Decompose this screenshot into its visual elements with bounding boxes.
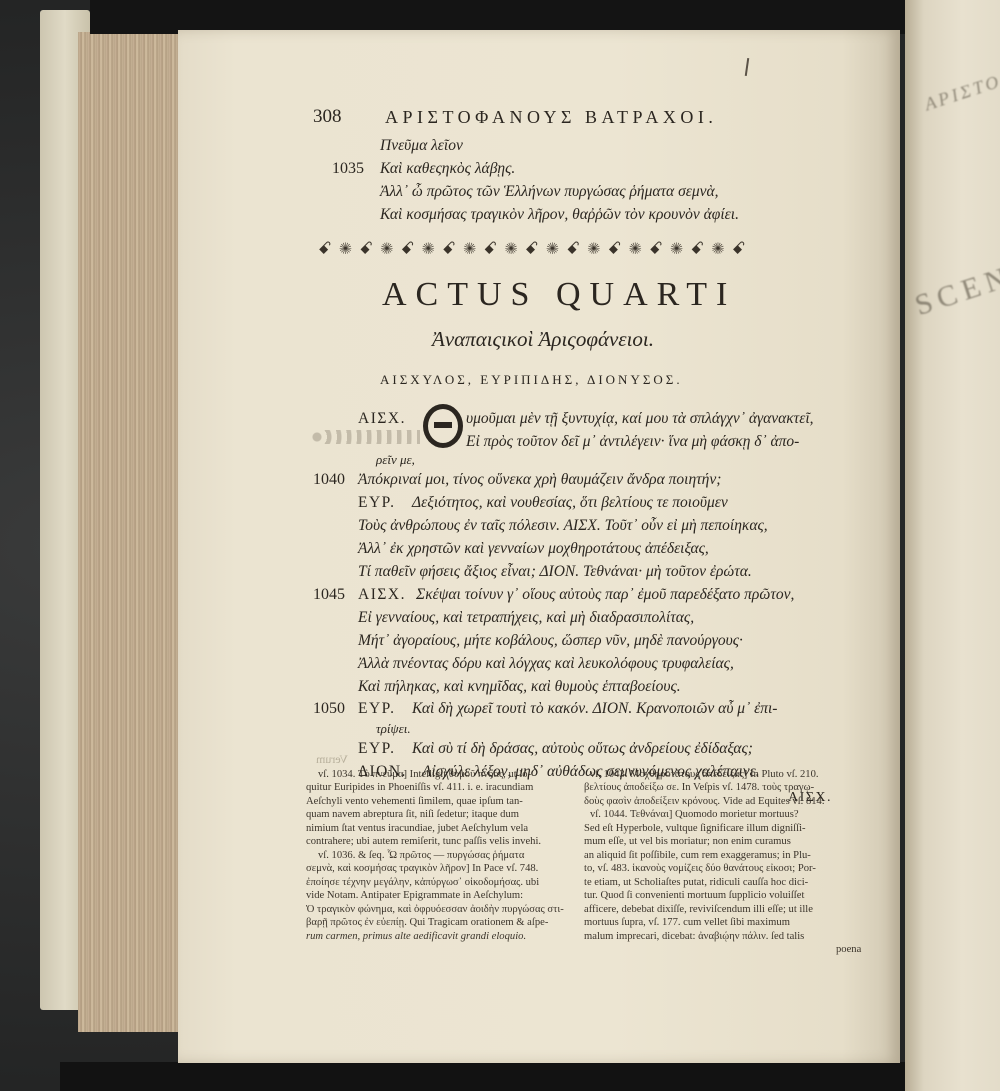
act-subtitle: Ἀναπαιςικοὶ Ἀριςοφάνειοι.: [432, 327, 654, 352]
line-number: 1035: [332, 160, 364, 178]
running-head: ΑΡΙΣΤΟΦΑΝΟΥΣ ΒΑΤΡΑΧΟΙ.: [385, 107, 717, 128]
footnote-line: σεμνὰ, καὶ κοσμήσας τραγικὸν λῆρον] In P…: [306, 862, 538, 876]
verse-line: υμοῦμαι μὲν τῇ ξυντυχίᾳ, καί μου τὰ σπλά…: [466, 410, 814, 428]
ornamental-rule: ꗃ ✺ ꗃ ✺ ꗃ ✺ ꗃ ✺ ꗃ ✺ ꗃ ✺ ꗃ ✺ ꗃ ✺ ꗃ ✺ ꗃ ✺ …: [318, 239, 747, 259]
verse-line: Ἀλλὰ πνέοντας δόρυ καὶ λόγχας καὶ λευκολ…: [358, 655, 734, 673]
footnote-line: Sed eſt Hyperbole, vultque ſignificare i…: [584, 822, 806, 836]
verse-line: τρίψει.: [376, 721, 411, 737]
footnote-line: nimium ſtat ventus iracundiae, jubet Aeſ…: [306, 822, 528, 836]
verse-line: Εἰ πρὸς τοῦτον δεῖ μ᾽ ἀντιλέγειν· ἵνα μὴ…: [466, 433, 799, 451]
bottom-shadow: [60, 1062, 960, 1091]
verse-line: Πνεῦμα λεῖον: [380, 137, 463, 155]
footnote-line: malum imprecari, dicebat: ἀναβιῴην πάλιν…: [584, 930, 804, 944]
verse-line: Ἀλλ᾽ ἐκ χρηστῶν καὶ γενναίων μοχθηροτάτο…: [358, 540, 709, 558]
footnote-line: ἐποίησε τέχνην μεγάλην, κἀπύργωσ᾽ οἰκοδο…: [306, 876, 539, 890]
verse-line: Σκέψαι τοίνυν γ᾽ οἵους αὐτοὺς παρ᾽ ἐμοῦ …: [416, 586, 794, 604]
footnote-line: te etiam, ut Scholiaſtes putat, ridiculi…: [584, 876, 808, 890]
footnote-line: mortuus ſupra, vſ. 177. cum vellet ſibi …: [584, 916, 790, 930]
footnote-line: βαρῇ πρῶτος ἐν εὐεπίῃ. Qui Tragicam orat…: [306, 916, 548, 930]
verse-line: Καὶ κοσμήσας τραγικὸν λῆρον, θαῤῥῶν τὸν …: [380, 206, 739, 224]
line-number: 1045: [313, 586, 345, 604]
footnote-line: afficere, debebat dixiſſe, reviviſcendum…: [584, 903, 813, 917]
footnote-line: tur. Quod ſi convenienti mortuum ſupplic…: [584, 889, 804, 903]
footnote-line: βελτίους ἀποδείξω σε. In Veſpis vſ. 1478…: [584, 781, 814, 795]
footnote-line: Ὁ τραγικὸν φώνημα, καὶ ὀφρυόεσσαν ἀοιδὴν…: [306, 903, 564, 917]
facing-running-head: ΑΡΙΣΤΟΦ: [922, 66, 1000, 116]
footnote-line: Aeſchyli vento vehementi ſimilem, quae i…: [306, 795, 523, 809]
verse-line: Δεξιότητος, καὶ νουθεσίας, ὅτι βελτίους …: [412, 494, 728, 512]
verse-line: Καὶ δὴ χωρεῖ τουτὶ τὸ κακόν. ΔΙΟΝ. Κρανο…: [412, 700, 777, 718]
footnote-line: vſ. 1043. Μοχθηροτάτους ἀπέδειξας] In Pl…: [590, 768, 819, 782]
dramatis-personae: ΑΙΣΧΥΛΟΣ, ΕΥΡΙΠΙΔΗΣ, ΔΙΟΝΥΣΟΣ.: [380, 372, 683, 388]
verse-line: Εἰ γενναίους, καὶ τετραπήχεις, καὶ μὴ δι…: [358, 609, 694, 627]
footnote-catchword: poena: [836, 943, 861, 957]
facing-scene-heading: SCENA: [911, 251, 1000, 323]
verse-line: ρεῖν με,: [376, 452, 415, 468]
footnote-line: an aliquid ſit poſſibile, cum rem exagge…: [584, 849, 811, 863]
verse-line: Καὶ καθεςηκὸς λάβῃς.: [380, 160, 515, 178]
speaker: ΕΥΡ.: [358, 700, 395, 718]
act-title: ACTUS QUARTI: [382, 276, 736, 314]
page-number: 308: [313, 106, 342, 128]
page-fore-edge: [78, 32, 180, 1032]
verse-line: Τοὺς ἀνθρώπους ἐν ταῖς πόλεσιν. ΑΙΣΧ. Το…: [358, 517, 768, 535]
verse-line: Καὶ σὺ τί δὴ δράσας, αὐτοὺς οὕτως ἀνδρεί…: [412, 740, 753, 758]
line-number: 1050: [313, 700, 345, 718]
verse-line: Μήτ᾽ ἀγοραίους, μήτε κοβάλους, ὥσπερ νῦν…: [358, 632, 743, 650]
drop-cap-theta: [423, 404, 463, 448]
speaker: ΑΙΣΧ.: [358, 586, 406, 604]
verse-line: Τί παθεῖν φήσεις ἄξιος εἶναι; ΔΙΟΝ. Τεθν…: [358, 563, 752, 581]
footnote-line: rum carmen, primus alte aedificavit gran…: [306, 930, 526, 944]
verse-line: Ἀπόκριναί μοι, τίνος οὕνεκα χρὴ θαυμάζει…: [358, 471, 721, 489]
footnote-line: to, vſ. 483. ἱκανοὺς νομίζεις δύο θανάτο…: [584, 862, 816, 876]
footnote-line: vſ. 1036. & ſeq. Ὦ πρῶτος ― πυργώσας ῥήμ…: [318, 849, 524, 863]
footnote-line: δοὺς φασὶν ἀποδείξειν κρόνους. Vide ad E…: [584, 795, 825, 809]
footnote-line: contrahere; ubi autem remiſerit, tunc pa…: [306, 835, 541, 849]
speaker: ΕΥΡ.: [358, 494, 395, 512]
footnote-line: quitur Euripides in Phoeniſſis vſ. 411. …: [306, 781, 533, 795]
footnote-line: vſ. 1044. Τεθνάναι] Quomodo morietur mor…: [590, 808, 799, 822]
footnote-line: mum eſſe, ut vel bis moriatur; non enim …: [584, 835, 791, 849]
footnote-line: vſ. 1034. Τὸ πνεῦμα] Intelligit θυμοῦ πν…: [318, 768, 531, 782]
ink-show-through: [310, 430, 420, 444]
speaker: ΑΙΣΧ.: [358, 410, 406, 428]
line-number: 1040: [313, 471, 345, 489]
top-shadow: [90, 0, 940, 34]
footnote-line: vide Notam. Antipater Epigrammate in Aeſ…: [306, 889, 523, 903]
verse-line: Καὶ πήληκας, καὶ κνημῖδας, καὶ θυμοὺς ἑπ…: [358, 678, 681, 696]
facing-page: ΑΡΙΣΤΟΦ SCENA: [905, 0, 1000, 1091]
speaker: ΕΥΡ.: [358, 740, 395, 758]
footnote-line: quam navem abreptura ſit, niſi ſedetur; …: [306, 808, 519, 822]
show-through-text: Verum: [316, 752, 348, 767]
verse-line: Ἀλλ᾽ ὦ πρῶτος τῶν Ἑλλήνων πυργώσας ῥήματ…: [380, 183, 719, 201]
